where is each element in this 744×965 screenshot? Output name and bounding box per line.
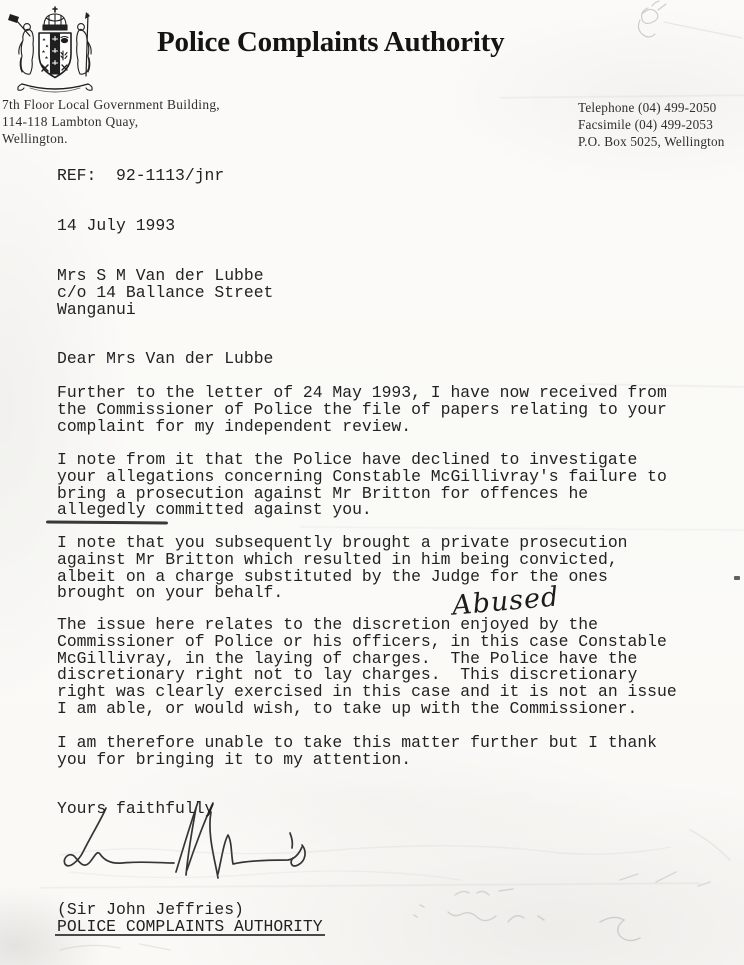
pencil-doodle [612, 0, 744, 52]
nz-coat-of-arms-logo [4, 6, 108, 102]
pobox-line: P.O. Box 5025, Wellington [578, 133, 725, 150]
letterhead-title: Police Complaints Authority [157, 26, 557, 59]
letterhead-address: 7th Floor Local Government Building, 114… [2, 96, 220, 147]
address-line-3: Wellington. [2, 130, 220, 147]
paper-crease [300, 525, 744, 531]
scanned-letter-page: Police Complaints Authority 7th Floor Lo… [0, 0, 744, 965]
paragraph-2: I note from it that the Police have decl… [57, 452, 667, 519]
edge-pen-mark [734, 576, 740, 580]
pen-underline-allegedly [46, 520, 168, 524]
letterhead-contact: Telephone (04) 499-2050 Facsimile (04) 4… [578, 99, 725, 150]
address-line-2: 114-118 Lambton Quay, [2, 113, 220, 130]
facsimile-line: Facsimile (04) 499-2053 [578, 116, 725, 133]
address-line-1: 7th Floor Local Government Building, [2, 96, 220, 113]
telephone-line: Telephone (04) 499-2050 [578, 99, 725, 116]
paragraph-4: The issue here relates to the discretion… [57, 617, 677, 718]
paragraph-5: I am therefore unable to take this matte… [57, 735, 657, 769]
reference-line: REF: 92-1113/jnr [57, 168, 224, 185]
salutation: Dear Mrs Van der Lubbe [57, 351, 273, 368]
recipient-address: Mrs S M Van der Lubbe c/o 14 Ballance St… [57, 268, 273, 318]
date-line: 14 July 1993 [57, 218, 175, 235]
paragraph-1: Further to the letter of 24 May 1993, I … [57, 385, 667, 435]
